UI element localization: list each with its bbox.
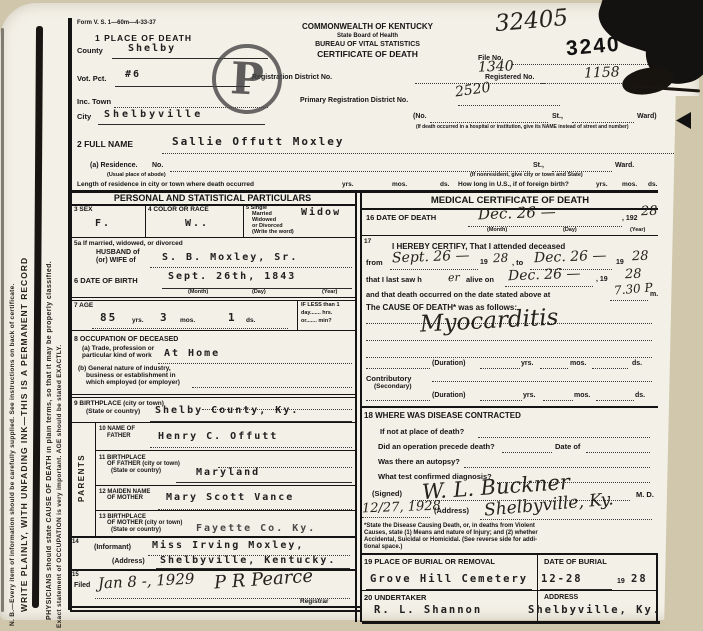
dod-day-label: (Day) (563, 228, 577, 234)
last-saw-label: that I last saw h (366, 276, 422, 284)
section1-title: 1 PLACE OF DEATH (95, 34, 192, 43)
attended-to-value: Dec. 26 — (534, 249, 607, 266)
rule (70, 330, 355, 331)
leader (390, 268, 478, 270)
parents-label: PARENTS (78, 454, 86, 502)
rule (70, 610, 360, 612)
margin-instruction-1: N. B.—Every item of information should b… (10, 283, 17, 626)
full-name-label: 2 FULL NAME (77, 140, 133, 149)
leader (464, 466, 650, 468)
birthplace-label: 9 BIRTHPLACE (city or town) (74, 401, 164, 408)
margin-instruction-3: PHYSICIANS should state CAUSE OF DEATH i… (46, 261, 53, 620)
leader (430, 121, 548, 123)
leader (586, 451, 650, 453)
marital-write-note: (Write the word) (252, 230, 294, 236)
duration2-label: (Duration) (432, 392, 465, 399)
age-less-line3: or....... min? (301, 319, 332, 325)
leader (366, 367, 430, 369)
last-saw-date-value: Dec. 26 — (508, 267, 581, 284)
birthplace-sub-label: (State or country) (86, 409, 140, 416)
certify-y1-printed: 19 (480, 259, 488, 266)
registered-no-value: 1158 (584, 65, 620, 80)
footnote-line2: Causes, state (1) Means and nature of In… (364, 530, 538, 536)
dob-month-label: (Month) (188, 290, 208, 296)
occupation-a-line2: particular kind of work (82, 353, 152, 360)
dob-day-label: (Day) (252, 290, 266, 296)
underline (176, 481, 352, 483)
primary-district-label: Primary Registration District No. (300, 97, 408, 104)
rule (95, 510, 355, 511)
city-no-paren: (No. (413, 113, 427, 120)
leader (162, 152, 690, 154)
footnote-line4: tional space.) (364, 544, 402, 550)
duration2-ds-label: ds. (635, 392, 645, 399)
registrar-label: Registrar (300, 599, 329, 606)
residence-label: (a) Residence. (90, 162, 137, 169)
abode-note: (Usual place of abode) (107, 173, 166, 179)
yrs-label: yrs. (596, 182, 608, 189)
inc-town-label: Inc. Town (77, 98, 111, 106)
sex-value: F. (95, 219, 111, 229)
rule (70, 397, 355, 398)
column-divider-outer (355, 190, 357, 622)
margin-instruction-2: WRITE PLAINLY, WITH UNFADING INK—THIS IS… (20, 257, 29, 612)
rule (70, 422, 355, 423)
length-residence-label: Length of residence in city or town wher… (77, 182, 254, 189)
mother-bp-label3: (State or country) (111, 527, 161, 533)
burial-year-value: 28 (631, 574, 648, 585)
ds-label: ds. (440, 182, 449, 189)
leader (362, 516, 430, 518)
city-st-label: St., (552, 113, 563, 120)
dob-label: 6 DATE OF BIRTH (74, 277, 138, 285)
age-days-value: 1 (228, 312, 237, 323)
mother-name-value: Mary Scott Vance (166, 493, 294, 503)
county-label: County (77, 47, 103, 55)
birthplace-value: Shelby County, Ky. (155, 406, 299, 416)
informant-number: 14 (72, 539, 79, 545)
leader (505, 285, 593, 287)
marital-value: Widow (301, 208, 341, 218)
duration-mos-label: mos. (570, 360, 586, 367)
ds-label: ds. (648, 182, 657, 189)
duration-yrs-label: yrs. (521, 360, 533, 367)
spouse-condition-label: 5a If married, widowed, or divorced (74, 241, 183, 248)
death-occurred-label: and that death occurred on the date stat… (366, 291, 550, 299)
operation-question: Did an operation precede death? (378, 443, 495, 451)
leader (572, 121, 634, 123)
city-ward-label: Ward) (637, 113, 657, 120)
duration2-mos-label: mos. (574, 392, 590, 399)
spouse-value: S. B. Moxley, Sr. (162, 253, 298, 263)
duration-label: (Duration) (432, 360, 465, 367)
leader (610, 299, 648, 301)
underline (540, 588, 612, 590)
residence-ward-label: Ward. (615, 162, 634, 169)
left-title-rule (70, 204, 355, 206)
rule (70, 300, 355, 301)
burial-date-value: 12-28 (541, 574, 583, 585)
autopsy-question: Was there an autopsy? (378, 458, 460, 466)
parents-divider (95, 422, 96, 536)
leader (480, 399, 522, 401)
mos-label: mos. (622, 182, 637, 189)
certify-from-label: from (366, 259, 383, 267)
full-name-value: Sallie Offutt Moxley (172, 136, 344, 147)
hospital-note: (If death occurred in a hospital or inst… (416, 125, 629, 130)
rule (362, 406, 658, 408)
certify-y3-hand: 28 (625, 268, 642, 282)
certify-number: 17 (364, 239, 371, 246)
father-bp-label2: OF FATHER (city or town) (107, 461, 180, 467)
age-months-value: 3 (160, 312, 169, 323)
age-ds-label: ds. (246, 318, 255, 325)
age-label: 7 AGE (74, 303, 93, 310)
secondary-label: (Secondary) (374, 384, 412, 391)
certify-y2-printed: 19 (616, 259, 624, 266)
leader (502, 451, 552, 453)
registration-district-value: 1340 (478, 59, 514, 74)
duration2-yrs-label: yrs. (523, 392, 535, 399)
not-at-place-question: If not at place of death? (380, 428, 464, 436)
certify-to-label: , to (512, 259, 523, 267)
rule (70, 536, 355, 538)
vot-pct-label: Vot. Pct. (77, 75, 106, 83)
leader (366, 399, 430, 401)
certify-y3-printed: , 19 (596, 276, 608, 283)
leader (480, 367, 520, 369)
date-of-death-label: 16 DATE OF DEATH (366, 214, 436, 222)
leader (366, 356, 652, 358)
footnote-line1: *State the Disease Causing Death, or, in… (364, 523, 535, 529)
rule (70, 394, 355, 395)
leader (458, 104, 560, 106)
leader (478, 436, 650, 438)
residence-st-label: St., (533, 162, 544, 169)
date-of-label: Date of (555, 443, 580, 451)
vot-pct-value: #6 (125, 70, 141, 80)
rule (70, 237, 355, 238)
contributory-label: Contributory (366, 375, 411, 383)
dob-year-label: (Year) (322, 290, 337, 296)
form-left-rule (68, 18, 72, 610)
city-value: Shelbyville (104, 110, 203, 120)
color-race-value: W.. (185, 219, 209, 229)
occupation-label: 8 OCCUPATION OF DECEASED (74, 336, 178, 343)
leader (150, 266, 352, 268)
duration-ds-label: ds. (632, 360, 642, 367)
rule (243, 205, 244, 237)
rule (95, 485, 355, 486)
margin-instruction-4: Exact statement of OCCUPATION is very im… (57, 345, 64, 628)
signed-date-value: 12/27, 1928 (362, 500, 441, 516)
nonresident-note: (If nonresident, give city or town and S… (470, 173, 583, 179)
certify-y2-hand: 28 (632, 250, 649, 264)
rule (362, 235, 658, 236)
p-stamp-letter: P (229, 53, 265, 106)
informant-label: (Informant) (94, 544, 131, 551)
attended-from-value: Sept. 26 — (392, 249, 470, 266)
residence-no-label: No. (152, 162, 163, 169)
leader (432, 380, 652, 382)
mos-label: mos. (392, 182, 407, 189)
father-name-label2: FATHER (107, 433, 131, 439)
father-name-value: Henry C. Offutt (158, 432, 278, 442)
disease-contracted-label: 18 WHERE WAS DISEASE CONTRACTED (364, 412, 521, 420)
mother-name-label2: OF MOTHER (107, 495, 143, 501)
footnote-line3: Accidental, Suicidal or Homicidal. (See … (364, 537, 537, 543)
death-certificate-scan: N. B.—Every item of information should b… (0, 0, 703, 631)
dod-month-label: (Month) (487, 228, 507, 234)
father-name-label1: 10 NAME OF (99, 426, 135, 432)
city-label: City (77, 113, 91, 121)
mother-bp-value: Fayette Co. Ky. (196, 524, 316, 534)
leader (158, 508, 352, 510)
mother-bp-label2: OF MOTHER (city or town) (107, 520, 182, 526)
sex-label: 3 SEX (74, 207, 92, 214)
burial-date-label: DATE OF BURIAL (544, 558, 607, 566)
age-mos-label: mos. (180, 318, 195, 325)
filed-number: 15 (72, 572, 79, 578)
md-label: M. D. (636, 491, 654, 499)
rule (70, 606, 360, 608)
leader (192, 386, 352, 388)
father-bp-value: Maryland (196, 468, 260, 478)
dod-year-hand: 28 (641, 205, 658, 219)
date-of-death-value: Dec. 26 — (478, 205, 556, 223)
informant-address-label: (Address) (112, 558, 145, 565)
bureau-line: BUREAU OF VITAL STATISTICS (285, 41, 450, 48)
paper-left-edge (1, 28, 4, 612)
burial-place-label: 19 PLACE OF BURIAL OR REMOVAL (364, 558, 495, 566)
leader (540, 367, 568, 369)
rule (70, 297, 355, 298)
filed-label: Filed (74, 582, 90, 589)
undertaker-value: R. L. Shannon (374, 605, 482, 616)
time-of-death-value: 7.30 P (614, 281, 654, 296)
dob-value: Sept. 26th, 1843 (168, 272, 296, 282)
rule (95, 450, 355, 451)
underline (150, 420, 352, 422)
rule (362, 553, 658, 555)
signed-label: (Signed) (372, 490, 402, 498)
occupation-b-line3: which employed (or employer) (86, 380, 180, 387)
undertaker-address-value: Shelbyville, Ky. (528, 605, 661, 616)
leader (592, 367, 628, 369)
leader (596, 399, 634, 401)
undertaker-label: 20 UNDERTAKER (364, 594, 426, 602)
leader (366, 339, 652, 341)
rule (362, 621, 660, 624)
informant-value: Miss Irving Moxley, (152, 541, 304, 551)
age-years-value: 85 (100, 312, 117, 323)
certificate-title: CERTIFICATE OF DEATH (285, 50, 450, 59)
leader (92, 327, 288, 329)
dod-year-label: (Year) (630, 228, 645, 234)
underline (366, 588, 532, 590)
undertaker-address-label: ADDRESS (544, 594, 578, 601)
color-race-label: 4 COLOR OR RACE (148, 207, 209, 214)
wife-of-label: (or) WIFE of (96, 257, 136, 264)
rule (145, 205, 146, 237)
burial-place-value: Grove Hill Cemetery (370, 574, 528, 585)
leader (543, 399, 573, 401)
state-board-line: State Board of Health (285, 33, 450, 39)
father-bp-label3: (State or country) (111, 468, 161, 474)
leader (158, 362, 352, 364)
burial-year-printed: 19 (617, 578, 625, 585)
certify-y1-hand: 28 (493, 252, 509, 265)
form-number: Form V. S. 1—60m—4-33-37 (77, 20, 156, 26)
leader (150, 446, 352, 448)
rule (362, 590, 658, 591)
age-less-line2: day....... hrs. (301, 311, 332, 317)
handwritten-file-number: 32405 (494, 7, 569, 36)
husband-of-label: HUSBAND of (96, 249, 140, 256)
age-less-line1: IF LESS than 1 (301, 303, 340, 309)
alive-on-label: alive on (466, 276, 494, 284)
left-section-title: PERSONAL AND STATISTICAL PARTICULARS (70, 194, 355, 203)
yrs-label: yrs. (342, 182, 354, 189)
last-saw-er-hand: er (448, 272, 460, 283)
county-value: Shelby (128, 44, 176, 54)
occupation-value: At Home (164, 349, 220, 359)
dod-year-printed: , 192 (622, 215, 638, 222)
informant-address-value: Shelbyville, Kentucky. (160, 556, 336, 566)
underline (98, 123, 265, 125)
rule (297, 300, 298, 330)
age-yrs-label: yrs. (132, 318, 144, 325)
howlong-label: How long in U.S., if of foreign birth? (458, 182, 569, 189)
commonwealth-title: COMMONWEALTH OF KENTUCKY (285, 23, 450, 31)
